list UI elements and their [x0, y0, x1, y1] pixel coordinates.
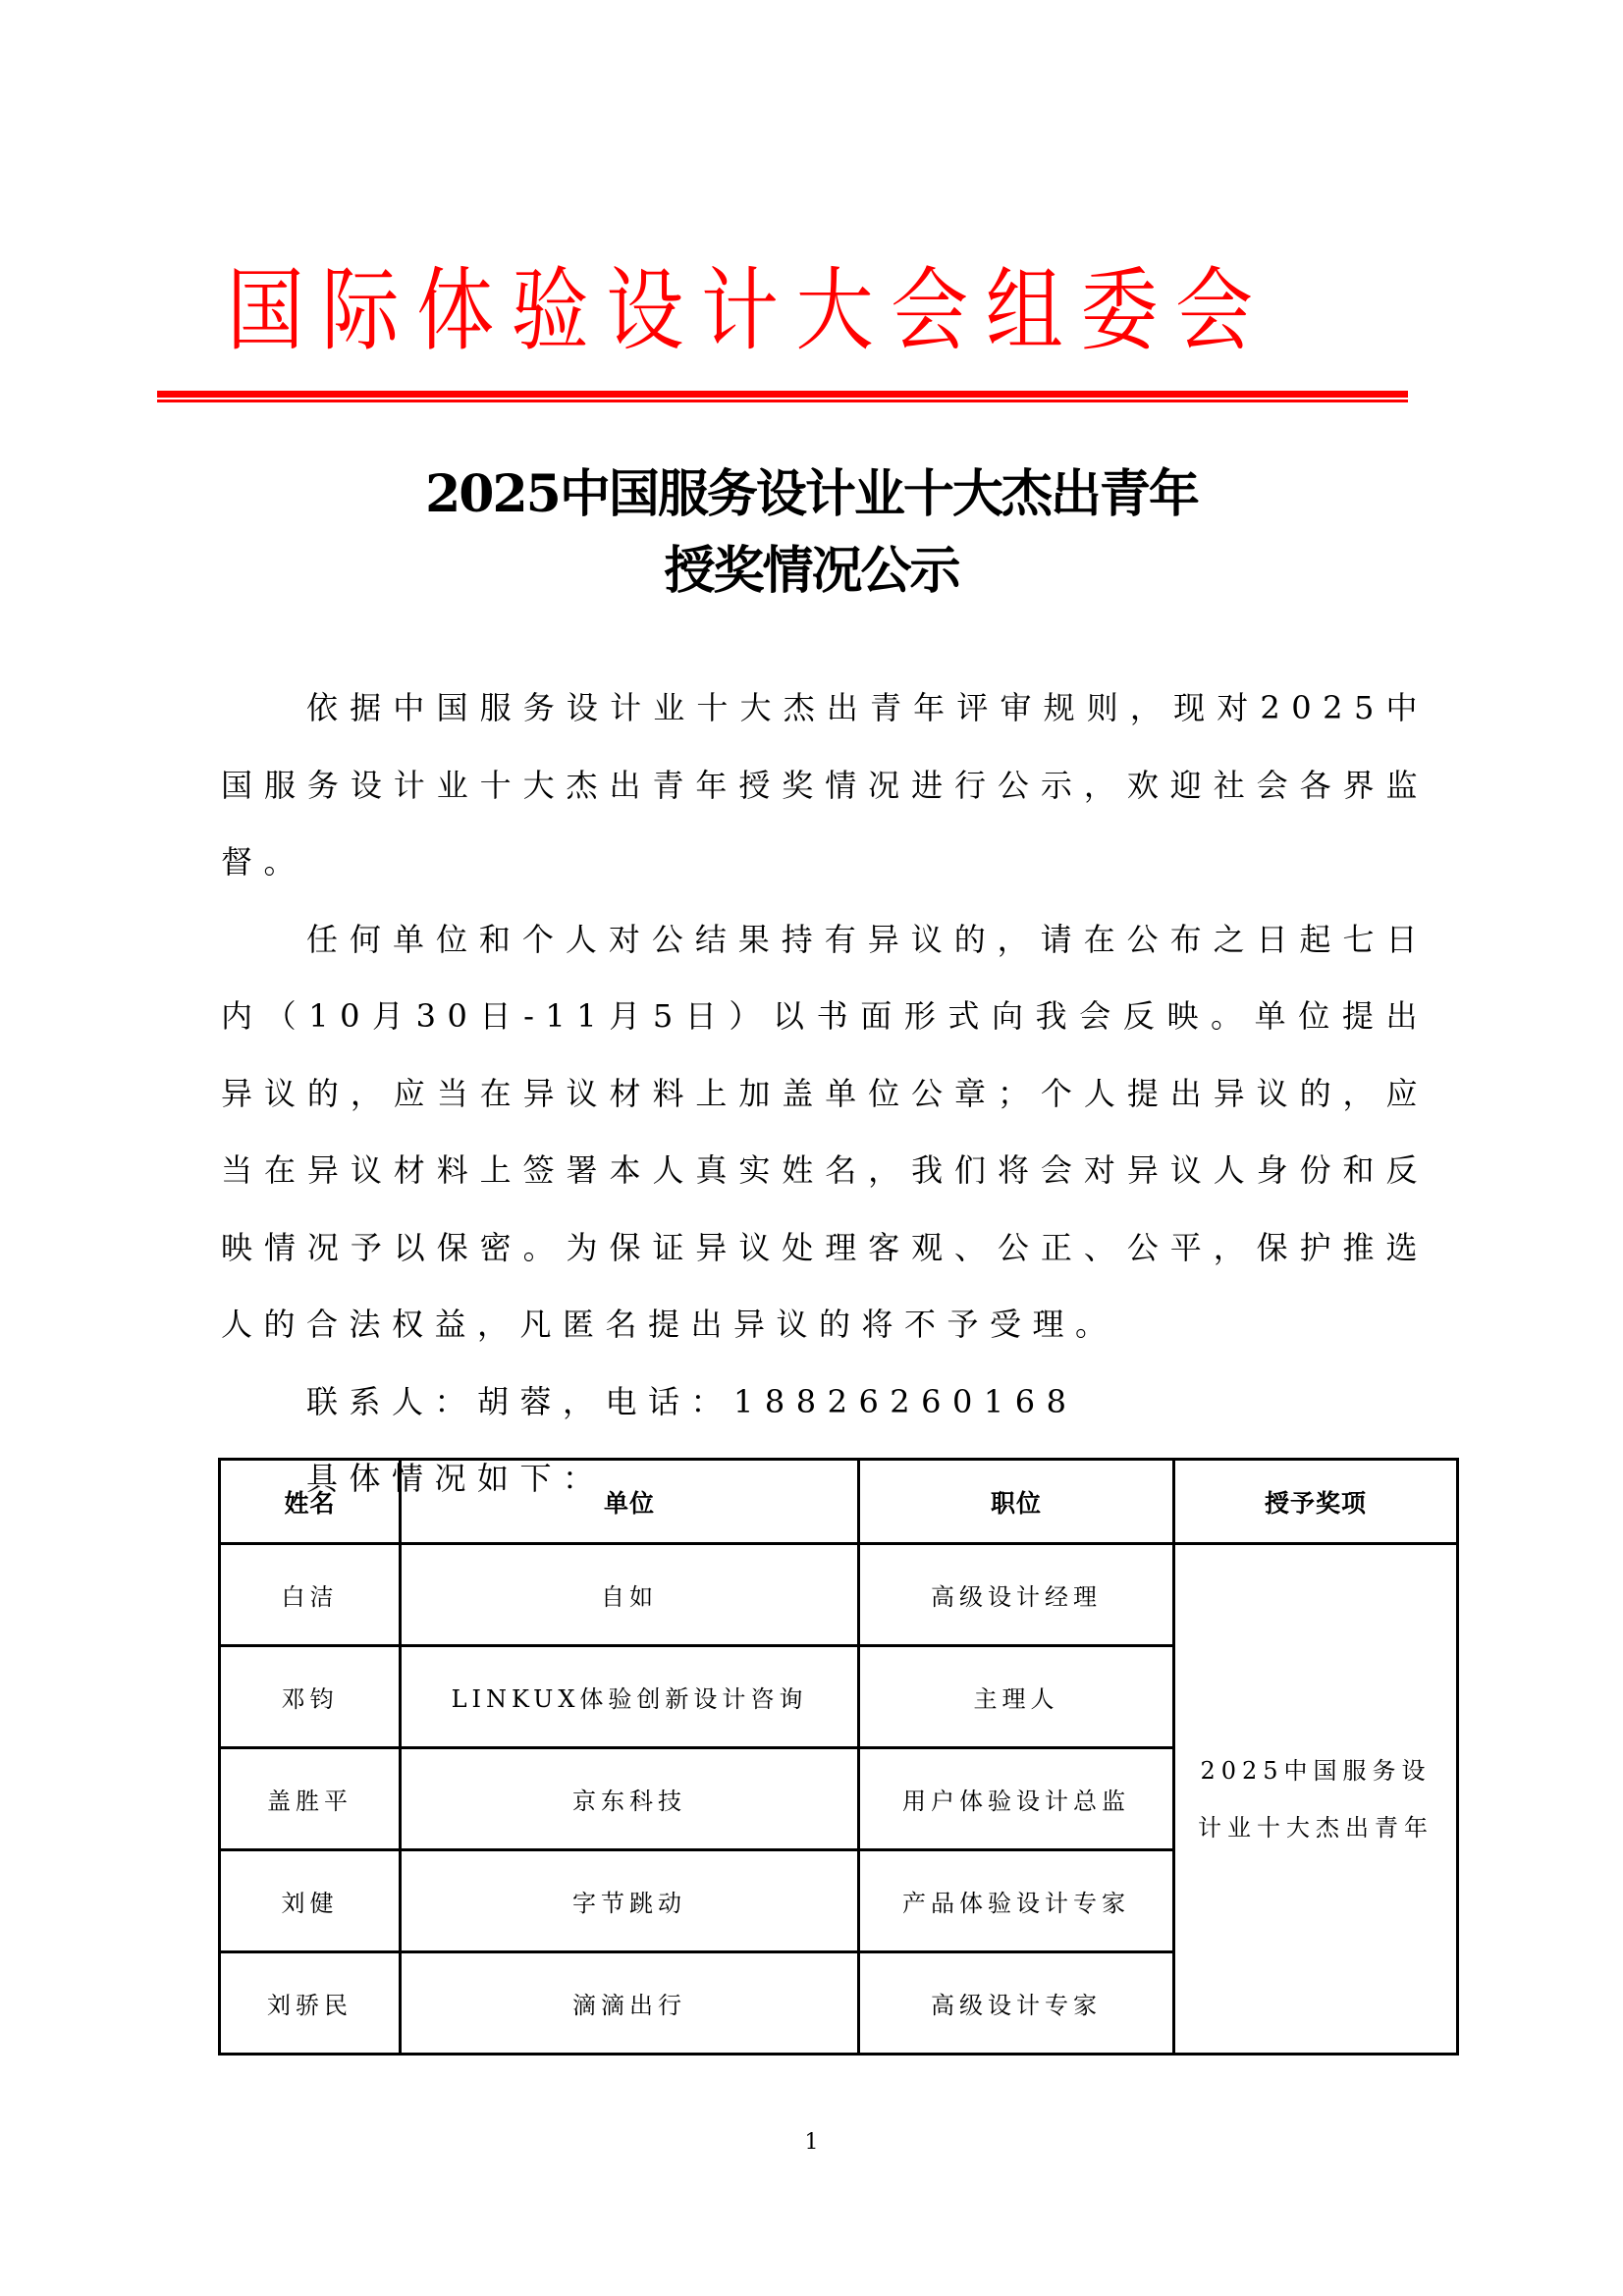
- cell-name: 刘健: [220, 1850, 401, 1952]
- table-row: 白洁 自如 高级设计经理 2025中国服务设计业十大杰出青年: [220, 1544, 1458, 1646]
- cell-position: 用户体验设计总监: [859, 1748, 1174, 1850]
- letterhead-char: 体: [407, 257, 503, 365]
- letterhead-char: 大: [787, 257, 883, 365]
- letterhead-char: 际: [313, 257, 408, 365]
- page-number: 1: [0, 2128, 1623, 2158]
- cell-name: 刘骄民: [220, 1952, 401, 2055]
- document-title-line-2: 授奖情况公示: [0, 533, 1623, 610]
- letterhead-char: 委: [1072, 257, 1167, 365]
- letterhead-char: 会: [882, 257, 977, 365]
- contact-line: 联系人：胡蓉，电话：18826260168: [221, 1363, 1429, 1441]
- cell-position: 产品体验设计专家: [859, 1850, 1174, 1952]
- document-page: 国 际 体 验 设 计 大 会 组 委 会 2025中国服务设计业十大杰出青年 …: [0, 0, 1623, 2296]
- letterhead-char: 组: [977, 257, 1072, 365]
- table-header-row: 姓名 单位 职位 授予奖项: [220, 1460, 1458, 1544]
- letterhead-organization-title: 国 际 体 验 设 计 大 会 组 委 会: [218, 257, 1262, 365]
- cell-name: 盖胜平: [220, 1748, 401, 1850]
- document-title-line-1: 2025中国服务设计业十大杰出青年: [0, 456, 1623, 533]
- cell-name: 邓钧: [220, 1646, 401, 1748]
- objection-paragraph: 任何单位和个人对公结果持有异议的，请在公布之日起七日内（10月30日-11月5日…: [221, 901, 1429, 1363]
- cell-unit: 京东科技: [401, 1748, 859, 1850]
- header-name: 姓名: [220, 1460, 401, 1544]
- letterhead-char: 验: [503, 257, 598, 365]
- cell-position: 主理人: [859, 1646, 1174, 1748]
- cell-position: 高级设计经理: [859, 1544, 1174, 1646]
- letterhead-divider-thin: [157, 400, 1408, 402]
- header-unit: 单位: [401, 1460, 859, 1544]
- cell-name: 白洁: [220, 1544, 401, 1646]
- letterhead-char: 国: [218, 257, 313, 365]
- cell-award-merged: 2025中国服务设计业十大杰出青年: [1174, 1544, 1458, 2055]
- cell-unit: 滴滴出行: [401, 1952, 859, 2055]
- letterhead-char: 计: [692, 257, 787, 365]
- award-recipients-table: 姓名 单位 职位 授予奖项 白洁 自如 高级设计经理 2025中国服务设计业十大…: [218, 1458, 1459, 2056]
- letterhead-char: 设: [598, 257, 693, 365]
- letterhead-divider-thick: [157, 391, 1408, 398]
- letterhead-char: 会: [1166, 257, 1262, 365]
- header-position: 职位: [859, 1460, 1174, 1544]
- intro-paragraph: 依据中国服务设计业十大杰出青年评审规则，现对2025中国服务设计业十大杰出青年授…: [221, 669, 1429, 901]
- cell-position: 高级设计专家: [859, 1952, 1174, 2055]
- cell-unit: 字节跳动: [401, 1850, 859, 1952]
- header-award: 授予奖项: [1174, 1460, 1458, 1544]
- notice-body: 依据中国服务设计业十大杰出青年评审规则，现对2025中国服务设计业十大杰出青年授…: [221, 669, 1429, 1518]
- cell-unit: 自如: [401, 1544, 859, 1646]
- cell-unit: LINKUX体验创新设计咨询: [401, 1646, 859, 1748]
